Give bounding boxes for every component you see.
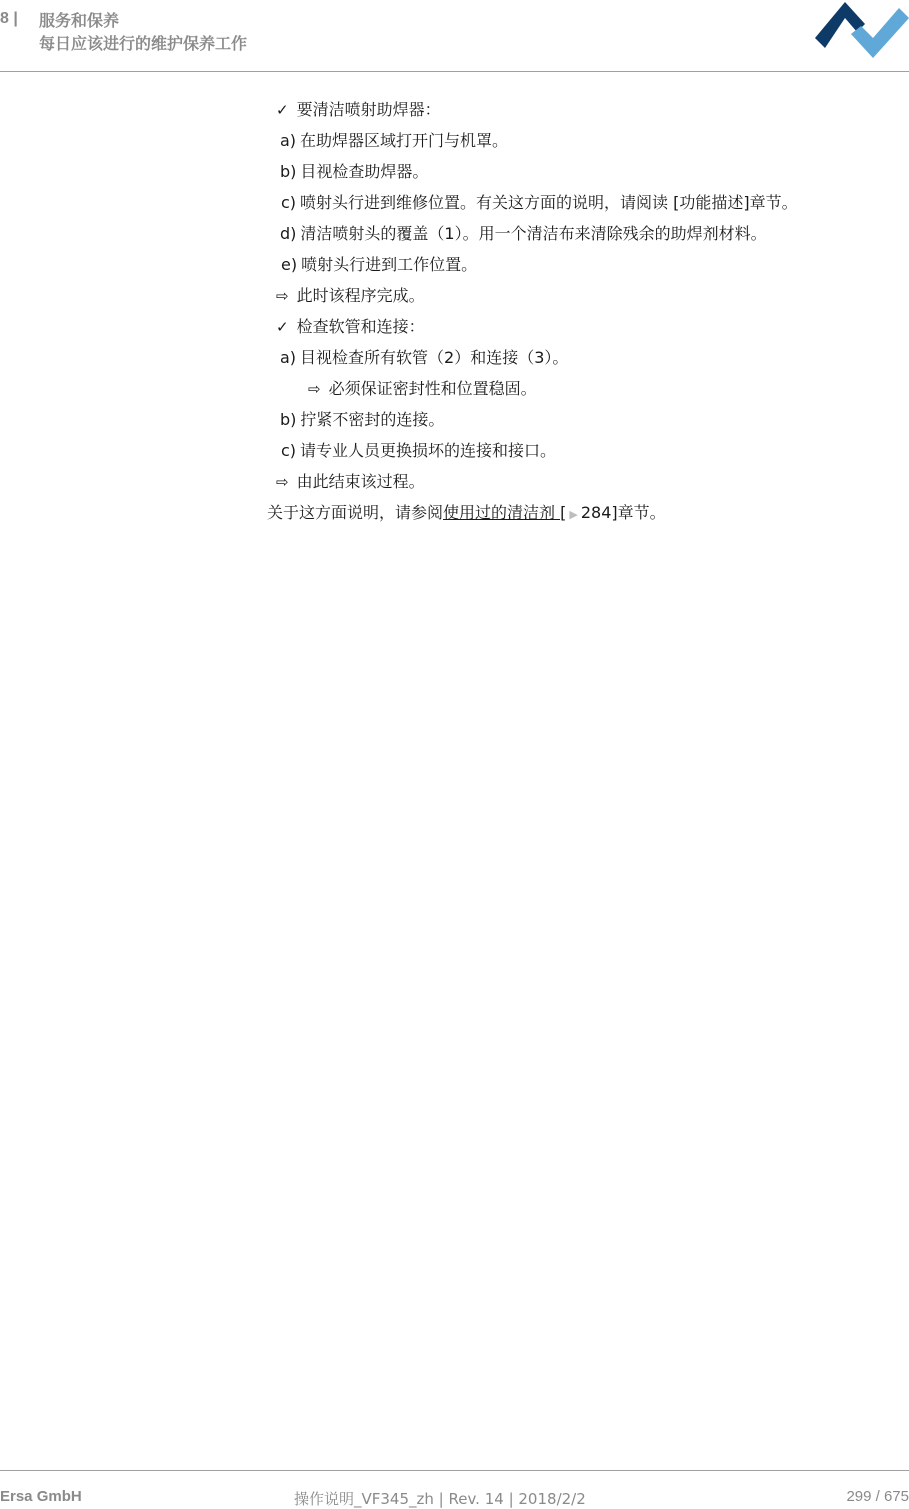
- page-header: 8 | 服务和保养 每日应该进行的维护保养工作: [0, 0, 909, 72]
- cross-reference-link[interactable]: 使用过的清洁剂 [: [443, 503, 566, 522]
- page-footer: Ersa GmbH 操作说明_VF345_zh | Rev. 14 | 2018…: [0, 1488, 909, 1508]
- reference-suffix: 章节。: [618, 503, 666, 522]
- step-text: 目视检查助焊器。: [300, 162, 428, 181]
- result-arrow-icon: ⇨: [308, 378, 321, 400]
- step-label: b): [280, 162, 296, 181]
- step-label: a): [280, 131, 296, 150]
- result-arrow-icon: ⇨: [276, 285, 289, 307]
- link-text: 使用过的清洁剂 [: [443, 503, 566, 522]
- step-label: c): [281, 193, 296, 212]
- step-line: b)拧紧不密封的连接。: [280, 409, 444, 431]
- step-label: c): [281, 441, 296, 460]
- prerequisite-line: ✓检查软管和连接：: [276, 316, 425, 338]
- page-ref-arrow-icon: ▶: [569, 508, 577, 521]
- step-line: c)请专业人员更换损坏的连接和接口。: [281, 440, 556, 462]
- footer-divider: [0, 1470, 909, 1471]
- step-label: b): [280, 410, 296, 429]
- header-divider: [0, 71, 909, 72]
- step-text: 拧紧不密封的连接。: [300, 410, 444, 429]
- reference-line: 关于这方面说明，请参阅使用过的清洁剂 [▶284]章节。: [267, 502, 666, 526]
- step-line: c)喷射头行进到维修位置。有关这方面的说明，请阅读 [功能描述]章节。: [281, 192, 798, 214]
- chapter-number: 8 |: [0, 10, 18, 28]
- chapter-title: 服务和保养: [39, 9, 247, 32]
- result-text: 此时该程序完成。: [297, 286, 425, 305]
- section-title: 每日应该进行的维护保养工作: [39, 32, 247, 55]
- step-text: 请专业人员更换损坏的连接和接口。: [300, 441, 556, 460]
- checkmark-icon: ✓: [276, 316, 289, 338]
- prerequisite-line: ✓要清洁喷射助焊器：: [276, 99, 441, 121]
- step-text: 目视检查所有软管（2）和连接（3）。: [300, 348, 568, 367]
- step-label: d): [280, 224, 296, 243]
- reference-prefix: 关于这方面说明，请参阅: [267, 503, 443, 522]
- result-text: 由此结束该过程。: [297, 472, 425, 491]
- step-line: a)目视检查所有软管（2）和连接（3）。: [280, 347, 568, 369]
- checkmark-icon: ✓: [276, 99, 289, 121]
- result-text: 必须保证密封性和位置稳固。: [329, 379, 537, 398]
- step-line: a)在助焊器区域打开门与机罩。: [280, 130, 508, 152]
- step-text: 在助焊器区域打开门与机罩。: [300, 131, 508, 150]
- step-line: b)目视检查助焊器。: [280, 161, 428, 183]
- ersa-logo-icon: [813, 0, 909, 60]
- page-number: 299 / 675: [846, 1488, 909, 1505]
- result-line: ⇨由此结束该过程。: [276, 471, 425, 493]
- step-label: e): [281, 255, 297, 274]
- step-line: d)清洁喷射头的覆盖（1）。用一个清洁布来清除残余的助焊剂材料。: [280, 223, 767, 245]
- step-label: a): [280, 348, 296, 367]
- page-reference: 284]: [581, 503, 618, 522]
- result-line: ⇨此时该程序完成。: [276, 285, 425, 307]
- step-line: e)喷射头行进到工作位置。: [281, 254, 477, 276]
- result-arrow-icon: ⇨: [276, 471, 289, 493]
- document-info: 操作说明_VF345_zh | Rev. 14 | 2018/2/2: [294, 1488, 586, 1509]
- prerequisite-text: 检查软管和连接：: [297, 317, 425, 336]
- chapter-heading: 服务和保养 每日应该进行的维护保养工作: [39, 9, 247, 55]
- step-text: 清洁喷射头的覆盖（1）。用一个清洁布来清除残余的助焊剂材料。: [300, 224, 766, 243]
- step-text: 喷射头行进到工作位置。: [301, 255, 477, 274]
- company-name: Ersa GmbH: [0, 1488, 82, 1505]
- prerequisite-text: 要清洁喷射助焊器：: [297, 100, 441, 119]
- step-text: 喷射头行进到维修位置。有关这方面的说明，请阅读 [功能描述]章节。: [300, 193, 798, 212]
- sub-result-line: ⇨必须保证密封性和位置稳固。: [308, 378, 537, 400]
